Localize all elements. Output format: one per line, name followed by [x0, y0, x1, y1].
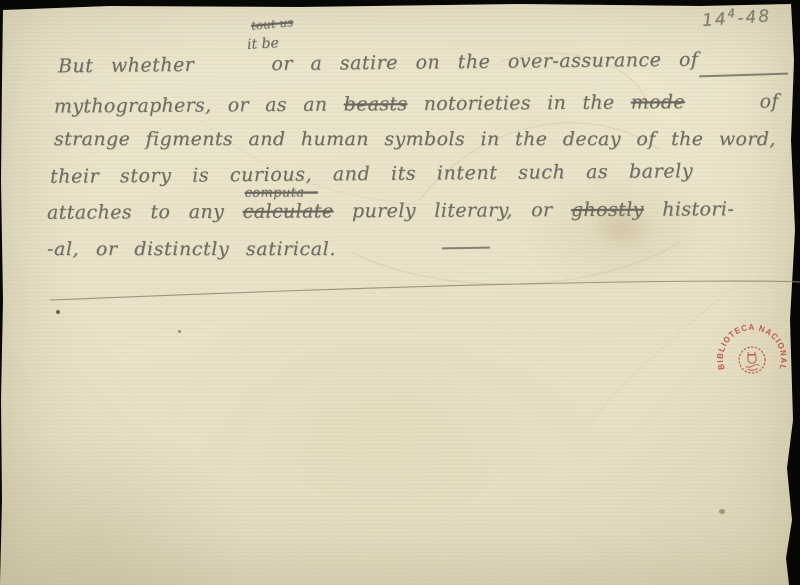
line1-text-a: But whether: [58, 54, 195, 77]
line5-text-b: purely literary, or: [352, 199, 553, 222]
scanned-manuscript-page: 144-48 tout us it be But whether or a sa…: [0, 0, 800, 585]
line2-text-b: notorieties in the: [424, 92, 615, 115]
line5-text-a: attaches to any: [47, 201, 224, 224]
line1-text-b: or a satire on the over-assurance of: [271, 49, 698, 75]
line5-superscript-struck: computa—: [245, 185, 318, 200]
line2-struck-word2: mode: [631, 91, 685, 113]
line5-struck-word: calculate: [243, 200, 334, 222]
catalog-number-prefix: 14: [701, 9, 728, 31]
catalog-number: 144-48: [701, 4, 771, 31]
manuscript-line: strange figments and human symbols in th…: [54, 128, 776, 150]
foxing-spot: [56, 310, 60, 314]
stamp-text: BIBLIOTECA NACIONAL: [712, 319, 790, 377]
paper-sheet: [0, 0, 800, 585]
stain-spot: [590, 202, 654, 252]
stamp-emblem: [738, 346, 766, 374]
line2-text-c: of: [759, 90, 778, 112]
line5-correction-stack: calculatecomputa—: [243, 200, 334, 222]
line2-struck-word: beasts: [344, 93, 408, 115]
library-stamp: BIBLIOTECA NACIONAL: [704, 311, 800, 407]
line2-text-a: mythographers, or as an: [54, 94, 327, 118]
foxing-spot: [719, 509, 725, 514]
line5-text-c: histori-: [662, 198, 734, 220]
manuscript-line: -al, or distinctly satirical.: [47, 238, 336, 260]
catalog-number-suffix: -48: [737, 6, 772, 28]
foxing-spot: [178, 330, 181, 333]
insertion-text: it be: [247, 35, 280, 53]
